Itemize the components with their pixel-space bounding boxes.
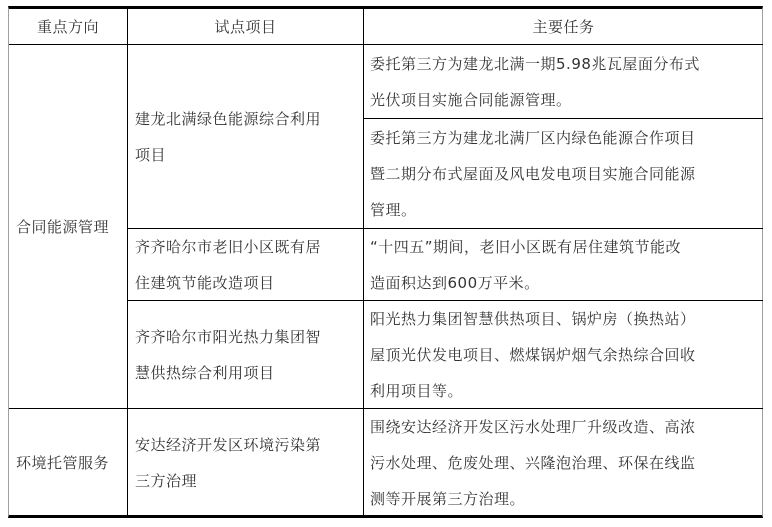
task-line: 测等开展第三方治理。 xyxy=(370,481,696,517)
header-label: 试点项目 xyxy=(214,9,276,45)
header-task: 主要任务 xyxy=(364,9,763,44)
project-name-line: 建龙北满绿色能源综合利用 xyxy=(135,101,321,137)
project-name-line: 项目 xyxy=(135,137,321,173)
task-cell: 委托第三方为建龙北满一期5.98兆瓦屋面分布式 光伏项目实施合同能源管理。 xyxy=(364,45,763,118)
task-line: 阳光热力集团智慧供热项目、锅炉房（换热站） xyxy=(370,301,696,337)
task-line: 利用项目等。 xyxy=(370,373,696,409)
task-line: 委托第三方为建龙北满一期5.98兆瓦屋面分布式 xyxy=(370,46,700,82)
task-line: 光伏项目实施合同能源管理。 xyxy=(370,82,700,118)
task-line: “十四五”期间，老旧小区既有居住建筑节能改 xyxy=(370,229,681,265)
task-cell: 围绕安达经济开发区污水处理厂升级改造、高浓 污水处理、危废处理、兴隆泡治理、环保… xyxy=(364,409,763,517)
task-cell: “十四五”期间，老旧小区既有居住建筑节能改 造面积达到600万平米。 xyxy=(364,229,763,300)
task-line: 委托第三方为建龙北满厂区内绿色能源合作项目 xyxy=(370,120,696,156)
direction-label: 环境托管服务 xyxy=(9,445,115,481)
task-line: 造面积达到600万平米。 xyxy=(370,265,681,301)
task-line: 围绕安达经济开发区污水处理厂升级改造、高浓 xyxy=(370,409,696,445)
project-name-line: 齐齐哈尔市阳光热力集团智 xyxy=(135,319,321,355)
header-project: 试点项目 xyxy=(128,9,363,44)
task-cell: 阳光热力集团智慧供热项目、锅炉房（换热站） 屋顶光伏发电项目、燃煤锅炉烟气余热综… xyxy=(364,301,763,408)
project-cell: 建龙北满绿色能源综合利用 项目 xyxy=(128,45,363,228)
project-name-line: 三方治理 xyxy=(135,463,321,499)
project-cell: 安达经济开发区环境污染第 三方治理 xyxy=(128,409,363,517)
task-line: 管理。 xyxy=(370,192,696,228)
task-line: 污水处理、危废处理、兴隆泡治理、环保在线监 xyxy=(370,445,696,481)
project-cell: 齐齐哈尔市老旧小区既有居 住建筑节能改造项目 xyxy=(128,229,363,300)
direction-cell: 环境托管服务 xyxy=(9,409,127,517)
header-label: 重点方向 xyxy=(37,9,99,45)
project-name-line: 慧供热综合利用项目 xyxy=(135,355,321,391)
header-label: 主要任务 xyxy=(532,9,594,45)
project-name-line: 安达经济开发区环境污染第 xyxy=(135,427,321,463)
project-cell: 齐齐哈尔市阳光热力集团智 慧供热综合利用项目 xyxy=(128,301,363,408)
header-direction: 重点方向 xyxy=(9,9,127,44)
direction-label: 合同能源管理 xyxy=(9,209,115,245)
direction-cell: 合同能源管理 xyxy=(9,45,127,408)
task-line: 暨二期分布式屋面及风电发电项目实施合同能源 xyxy=(370,156,696,192)
task-cell: 委托第三方为建龙北满厂区内绿色能源合作项目 暨二期分布式屋面及风电发电项目实施合… xyxy=(364,119,763,228)
project-name-line: 住建筑节能改造项目 xyxy=(135,265,321,301)
task-line: 屋顶光伏发电项目、燃煤锅炉烟气余热综合回收 xyxy=(370,337,696,373)
project-name-line: 齐齐哈尔市老旧小区既有居 xyxy=(135,229,321,265)
